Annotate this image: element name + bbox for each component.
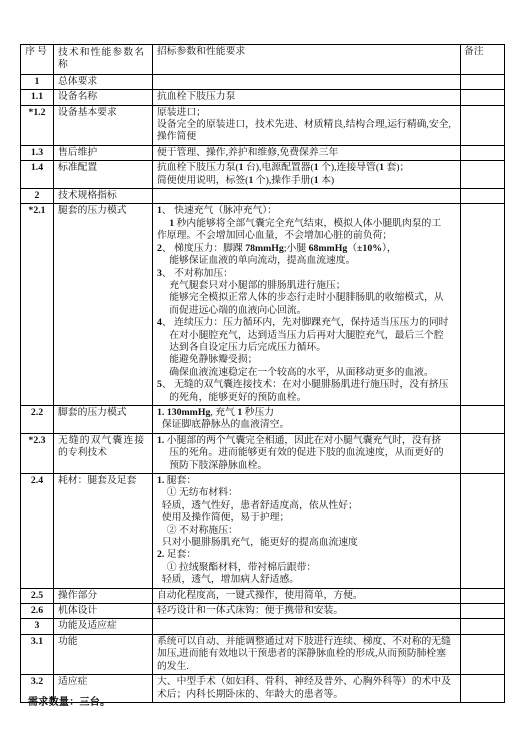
table-row: 1总体要求 <box>21 74 505 89</box>
cell-serial-no: 3 <box>21 619 54 634</box>
cell-requirements: 1. 130mmHg, 充气 1 秒压力 保证脚底静脉丛的血液清空。 <box>153 405 461 433</box>
cell-param-name: 耗材：腿套及足套 <box>54 474 153 589</box>
cell-requirements: 1、 快速充气（脉冲充气）： 1 秒内能够将全部气囊完全充气结束，模拟人体小腿肌… <box>153 204 461 406</box>
cell-remarks <box>461 619 505 634</box>
cell-remarks <box>461 105 505 145</box>
header-row: 序号 技术和性能参数名称 招标参数和性能要求 备注 <box>21 45 505 75</box>
cell-param-name: 技术规格指标 <box>54 189 153 204</box>
table-row: 1.1设备名称抗血栓下肢压力泵 <box>21 90 505 105</box>
table-row: 3功能及适应症 <box>21 619 505 634</box>
cell-serial-no: *2.1 <box>21 204 54 406</box>
cell-remarks <box>461 405 505 433</box>
table-row: *2.1腿套的压力模式1、 快速充气（脉冲充气）： 1 秒内能够将全部气囊完全充… <box>21 204 505 406</box>
cell-requirements: 抗血栓下肢压力泵 <box>153 90 461 105</box>
table-row: *1.2设备基本要求原装进口； 设备完全的原装进口，技术先进、材质精良,结构合理… <box>21 105 505 145</box>
demand-quantity-note: 需求数量：三台。 <box>28 696 110 709</box>
cell-requirements: 1. 腿套： ① 无纺布材料： 轻质，透气性好，患者舒适度高，依从性好； 使用及… <box>153 474 461 589</box>
cell-remarks <box>461 588 505 603</box>
cell-param-name: 操作部分 <box>54 588 153 603</box>
spec-table: 序号 技术和性能参数名称 招标参数和性能要求 备注 1总体要求1.1设备名称抗血… <box>20 44 505 703</box>
cell-serial-no: 1 <box>21 74 54 89</box>
cell-param-name: 功能 <box>54 634 153 674</box>
cell-param-name: 脚套的压力模式 <box>54 405 153 433</box>
cell-serial-no: *1.2 <box>21 105 54 145</box>
cell-remarks <box>461 474 505 589</box>
table-row: 2.4耗材：腿套及足套1. 腿套： ① 无纺布材料： 轻质，透气性好，患者舒适度… <box>21 474 505 589</box>
cell-serial-no: 2.5 <box>21 588 54 603</box>
cell-param-name: 设备名称 <box>54 90 153 105</box>
col-header-remarks: 备注 <box>461 45 505 75</box>
col-header-serial-no: 序号 <box>21 45 54 75</box>
cell-requirements: 自动化程度高，一键式操作，使用简单，方便。 <box>153 588 461 603</box>
cell-param-name: 总体要求 <box>54 74 153 89</box>
table-row: 1.4标准配置抗血栓下肢压力泵(1 台),电源配置器(1 个),连接导管(1 套… <box>21 161 505 189</box>
table-row: *2.3无缝的双气囊连接的专利技术1. 小腿部的两个气囊完全相通，因此在对小腿气… <box>21 433 505 473</box>
cell-remarks <box>461 675 505 703</box>
cell-remarks <box>461 161 505 189</box>
cell-requirements <box>153 74 461 89</box>
table-row: 2技术规格指标 <box>21 189 505 204</box>
cell-remarks <box>461 74 505 89</box>
document-page: 序号 技术和性能参数名称 招标参数和性能要求 备注 1总体要求1.1设备名称抗血… <box>0 0 524 745</box>
cell-serial-no: *2.3 <box>21 433 54 473</box>
cell-requirements <box>153 189 461 204</box>
cell-param-name: 设备基本要求 <box>54 105 153 145</box>
cell-requirements: 系统可以自动、并能调整通过对下肢进行连续、梯度、不对称的无缝 加压,进而能有效地… <box>153 634 461 674</box>
cell-param-name: 标准配置 <box>54 161 153 189</box>
table-row: 3.1功能系统可以自动、并能调整通过对下肢进行连续、梯度、不对称的无缝 加压,进… <box>21 634 505 674</box>
cell-requirements: 抗血栓下肢压力泵(1 台),电源配置器(1 个),连接导管(1 套)； 简便使用… <box>153 161 461 189</box>
cell-serial-no: 2.6 <box>21 604 54 619</box>
table-row: 1.3售后维护便于管理、操作,养护和维修,免费保养三年 <box>21 145 505 160</box>
cell-remarks <box>461 433 505 473</box>
cell-serial-no: 1.1 <box>21 90 54 105</box>
table-row: 2.6机体设计轻巧设计和一体式床钩：便于携带和安装。 <box>21 604 505 619</box>
cell-requirements: 原装进口； 设备完全的原装进口，技术先进、材质精良,结构合理,运行精确,安全, … <box>153 105 461 145</box>
cell-serial-no: 1.4 <box>21 161 54 189</box>
cell-serial-no: 2 <box>21 189 54 204</box>
cell-requirements: 轻巧设计和一体式床钩：便于携带和安装。 <box>153 604 461 619</box>
table-body: 1总体要求1.1设备名称抗血栓下肢压力泵*1.2设备基本要求原装进口； 设备完全… <box>21 74 505 702</box>
cell-serial-no: 1.3 <box>21 145 54 160</box>
cell-requirements <box>153 619 461 634</box>
cell-serial-no: 2.4 <box>21 474 54 589</box>
cell-remarks <box>461 634 505 674</box>
cell-param-name: 机体设计 <box>54 604 153 619</box>
cell-serial-no: 2.2 <box>21 405 54 433</box>
cell-requirements: 1. 小腿部的两个气囊完全相通，因此在对小腿气囊充气时，没有挤 压的死角。进而能… <box>153 433 461 473</box>
cell-remarks <box>461 189 505 204</box>
cell-remarks <box>461 204 505 406</box>
cell-remarks <box>461 604 505 619</box>
cell-param-name: 腿套的压力模式 <box>54 204 153 406</box>
table-row: 2.2脚套的压力模式1. 130mmHg, 充气 1 秒压力 保证脚底静脉丛的血… <box>21 405 505 433</box>
cell-remarks <box>461 90 505 105</box>
table-row: 2.5操作部分自动化程度高，一键式操作，使用简单，方便。 <box>21 588 505 603</box>
cell-requirements: 便于管理、操作,养护和维修,免费保养三年 <box>153 145 461 160</box>
cell-param-name: 功能及适应症 <box>54 619 153 634</box>
col-header-requirements: 招标参数和性能要求 <box>153 45 461 75</box>
cell-serial-no: 3.1 <box>21 634 54 674</box>
cell-param-name: 无缝的双气囊连接的专利技术 <box>54 433 153 473</box>
cell-remarks <box>461 145 505 160</box>
cell-param-name: 售后维护 <box>54 145 153 160</box>
col-header-param-name: 技术和性能参数名称 <box>54 45 153 75</box>
cell-requirements: 大、中型手术（如妇科、骨科、神经及普外、心胸外科等）的术中及 术后；内科长期卧床… <box>153 675 461 703</box>
